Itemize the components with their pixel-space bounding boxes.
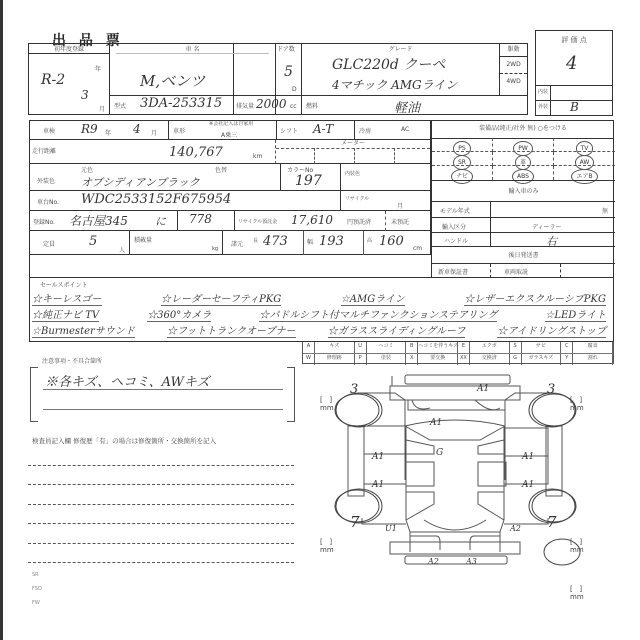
original-color-label: 元色 [81,165,93,174]
legend-code: E [458,342,470,353]
ac-value: AC [401,126,409,133]
color-box: 外装色 元色 色替 オブシディアンブラック [29,164,281,191]
equipment-item: 革 [493,152,554,166]
equipment-grid: PSPWTVSR革AWナビABSエアB [432,138,615,180]
width-value: 193 [319,234,344,249]
damage-legend: AキズUヘコミBヘコミを伴うキズEエクボSサビC腐食W修理跡P塗装X要交換XX交… [302,342,614,364]
bracket [287,421,295,422]
handle-label: ハンドル [444,236,468,245]
damage-left-rear-fender: U1 [385,524,397,533]
mileage-label: 走行距離 [32,146,56,155]
first-registration-value: R-2 [41,72,65,88]
inspector-line [28,504,294,505]
tire-rear-left: 7 [350,513,360,531]
row-divider [490,264,491,278]
legend-meaning: サビ [522,342,562,353]
tire-front-left: 3 [350,382,358,397]
dimensions-box: 諸元 長 473 幅 193 高 160 cm [223,231,431,255]
mileage-box: 走行距離 140,767 km [29,140,276,164]
registration-kana: に [155,213,166,229]
equipment-item: ナビ [432,166,493,180]
equipment-item: ABS [493,166,554,180]
damage-left-front-door: A1 [372,452,384,462]
height-value: 160 [379,234,404,249]
notes-value: ※各キズ、ヘコミ、AWキズ [45,371,210,390]
inspection-month-label: 月 [151,128,157,137]
meter-box: メーター [276,140,431,164]
inspector-line [28,543,294,544]
exterior-score-row: 外装 B [536,101,612,115]
interior-color-box: 内装色 [341,164,431,191]
note-line [43,389,283,390]
dimensions-label: 諸元 [231,239,243,248]
sales-point: ☆レザーエクスクルーシブPKG [464,290,606,306]
shift-label: シフト [280,126,298,135]
length-value: 473 [263,234,288,249]
body-type-note: ※会社記入は自家用 [209,120,253,127]
legend-code: P [355,354,367,365]
legend-code: S [510,342,522,353]
chassis-value: WDC2533152F675954 [81,192,231,207]
inspector-label: 検査員記入欄 修復歴「有」の場合は修復箇所・交換箇所を記入 [32,436,216,445]
footer-fw: FW [32,600,40,606]
grade-line2: 4マチック AMGライン [332,76,457,93]
drive-4wd: 4WD [500,74,527,90]
capacity-unit: 人 [119,245,125,254]
damage-rear-bumper-left: A2 [428,557,439,566]
legend-row: AキズUヘコミBヘコミを伴うキズEエクボSサビC腐食 [303,342,613,354]
sales-point: ☆レーダーセーフティPKG [161,290,281,306]
equipment-item: PS [432,138,493,152]
legend-meaning: 要交換 [418,354,458,365]
load-box: 積載量 kg [130,231,223,255]
bracket [30,421,38,422]
equipment-item: SR [432,152,493,166]
color-no-box: カラーNo 197 [281,164,341,191]
mileage-unit: km [253,153,262,160]
manual-label: 車両取説 [504,267,528,276]
footer-sr: SR [32,572,39,578]
grade-box: グレード GLC220d クーペ 4マチック AMGライン [302,43,500,96]
documents-row: 新車保証書 車両取説 [432,264,615,278]
exterior-score-value: B [570,100,579,114]
meter-divider [314,148,315,164]
car-body-diagram [300,370,600,610]
after-ship-label: 後日発送書 [432,247,615,264]
sales-points-label: セールスポイント [40,280,87,289]
mm-label: mm [570,404,584,412]
color-no-value: 197 [295,173,322,189]
legend-meaning: ヘコミ [367,342,407,353]
inspection-month: 4 [133,122,141,136]
car-name-label: 車 名 [116,44,269,54]
recycle-month-label: 月 [397,201,403,210]
legend-meaning: ガラスキズ [522,354,562,365]
doors-label: ドア数 [276,44,301,53]
doors-suffix: D [292,86,297,93]
interior-score-label: 内装 [538,88,548,95]
displacement-value: 2000 [256,97,287,111]
sales-point: ☆ガラススライディングルーフ [328,322,466,338]
displacement-box: 排気量 2000 cc [234,96,302,115]
recycle-fee-box: リサイクル預託金 17,610 円預託済 未預託 [235,211,431,231]
legend-code: G [510,354,522,365]
meter-label: メーター [276,140,430,149]
chassis-label: 車台No. [37,197,59,206]
tread-depth-front-left: [ ]mm [320,396,334,412]
drive-label: 駆動 [500,44,527,57]
width-label: 幅 [307,237,313,246]
chassis-box: 車台No. WDC2533152F675954 [29,191,341,211]
inspection-box: 車検 R9 年 4 月 [29,120,169,140]
damage-front-bumper: A1 [477,384,489,394]
recycle-status: 未預託 [391,217,409,226]
equipment-item: TV [554,138,615,152]
shift-box: シフト A-T [277,120,355,140]
shift-value: A-T [313,122,333,136]
legend-code: Y [561,354,573,365]
height-label: 高 [367,237,372,244]
ac-label: 冷房 [359,126,371,135]
bracket [30,367,38,368]
legend-meaning: 割れ [573,354,613,365]
first-registration-box: 初年度登録 年 R-2 3 月 [28,43,110,115]
footer-fsd: FSD [32,586,42,592]
tread-depth-spare: [ ]mm [570,585,584,601]
tire-rear-right: 7 [547,513,557,531]
bracket [287,367,295,368]
sales-points-line: ☆キーレスゴー☆レーダーセーフティPKG☆AMGライン☆レザーエクスクルーシブP… [32,290,612,306]
mm-label: mm [320,404,334,412]
sales-points-line: ☆Burmesterサウンド☆フットトランクオープナー☆ガラススライディングルー… [32,322,612,338]
recycle-label: リサイクル [345,195,369,202]
recycle-date-box: リサイクル 月 [341,191,431,211]
ac-box: 冷房 AC [355,120,431,140]
legend-meaning: エクボ [470,342,510,353]
legend-meaning: 交換済 [470,354,510,365]
equipment-item: エアB [554,166,615,180]
recycle-fee-unit: 円預託済 [347,217,371,226]
row-divider [490,218,491,233]
legend-code: W [303,354,315,365]
recycle-fee-value: 17,610 [291,213,333,227]
sales-point: ☆AMGライン [341,290,405,306]
model-type-label: 型式 [114,101,126,110]
sales-point: ☆純正ナビ TV [32,306,99,322]
model-year-label: モデル年式 [440,206,470,215]
legend-meaning: ヘコミを伴うキズ [418,342,458,353]
sales-point: ☆フットトランクオープナー [167,322,296,338]
score-value: 4 [566,53,577,74]
damage-hood: A1 [430,418,442,428]
row-divider [560,264,561,278]
legend-meaning: キズ [315,342,355,353]
legend-row: W修理跡P塗装X要交換XX交換済GガラスキズY割れ [303,354,613,365]
sales-point: ☆Burmesterサウンド [32,322,135,338]
inspector-line [28,523,294,524]
sales-point: ☆アイドリングストップ [497,322,606,338]
equipment-item: AW [554,152,615,166]
sales-point: ☆パドルシフト付マルチファンクションステアリング [259,306,497,322]
dim-divider [303,231,304,255]
legend-code: U [355,342,367,353]
exterior-score-label: 外装 [538,103,548,110]
damage-right-rear-fender: A2 [510,524,521,533]
car-name-box: 車 名 M,ベンツ [110,43,276,96]
color-value: オブシディアンブラック [81,174,200,190]
body-type-value: A乗三 [221,130,237,139]
mm-label: mm [320,546,334,554]
sales-point: ☆キーレスゴー [32,290,102,306]
doors-box: ドア数 5 D [276,43,302,96]
notes-box: ※各キズ、ヘコミ、AWキズ [30,367,295,422]
color-change-label: 色替 [215,165,227,174]
grade-label: グレード [302,44,499,53]
damage-right-rear-door: A1 [522,480,534,490]
score-divider [550,85,551,115]
sales-point: ☆LEDライト [545,306,606,322]
registration-box: 登録No. 名古屋345 に 778 [29,211,235,231]
dim-divider [363,231,364,255]
capacity-label: 定員 [43,239,55,248]
tread-depth-front-right: [ ]mm [570,396,584,412]
import-type-row: 輸入区分 ディーラー [432,218,615,233]
interior-score-row: 内装 [536,85,612,101]
recycle-fee-label: リサイクル預託金 [238,218,277,225]
import-type-label: 輸入区分 [442,222,466,231]
meter-divider [394,148,395,164]
sales-points-line: ☆純正ナビ TV☆360°カメラ☆パドルシフト付マルチファンクションステアリング… [32,306,612,322]
inspector-line [28,562,294,563]
mileage-value: 140,767 [169,145,223,160]
row-divider [490,233,491,247]
tread-depth-rear-left: [ ]mm [320,538,334,554]
mm-label: mm [570,593,584,601]
body-type-label: 車形 [173,126,185,135]
year-label: 年 [95,64,101,73]
car-name-value: M,ベンツ [140,70,205,91]
drive-2wd: 2WD [500,57,527,74]
month-label: 月 [99,104,105,113]
legend-meaning: 修理跡 [315,354,355,365]
score-label: 評 価 点 [536,35,612,45]
score-box: 評 価 点 4 内装 外装 B [535,30,613,116]
load-unit: kg [212,246,218,252]
legend-code: B [406,342,418,353]
registration-divider [177,211,178,231]
import-only-label: 輸入車のみ [432,180,615,202]
legend-code: XX [458,354,470,365]
drive-box: 駆動 2WD 4WD [500,43,528,96]
displacement-label: 排気量 [236,101,254,110]
equipment-label: 装備品(純正/社外 無) ○をつける [432,120,614,139]
damage-rear-bumper-right: A3 [466,557,477,566]
row-divider [490,202,491,218]
notes-label: 注意事項・不具合箇所 [42,356,102,365]
load-label: 積載量 [134,235,152,244]
registration-number: 778 [189,212,212,226]
sales-points-lines: ☆キーレスゴー☆レーダーセーフティPKG☆AMGライン☆レザーエクスクルーシブP… [32,290,612,338]
legend-meaning: 塗装 [367,354,407,365]
recycle-divider [385,211,386,231]
import-type-value: ディーラー [532,222,562,231]
damage-right-front-door: A1 [522,452,534,462]
registration-label: 登録No. [33,217,55,226]
model-year-value: 無 [602,206,608,215]
tread-depth-rear-right: [ ]mm [570,538,584,554]
interior-color-label: 内装色 [345,170,360,177]
mm-label: mm [570,546,584,554]
legend-meaning: 腐食 [573,342,613,353]
sales-points-box: セールスポイント ☆キーレスゴー☆レーダーセーフティPKG☆AMGライン☆レザー… [29,278,614,342]
inspection-year-label: 年 [105,128,111,137]
damage-left-rear-door: A1 [372,480,384,490]
body-type-box: 車形 ※会社記入は自家用 A乗三 [169,120,277,140]
damage-windshield: G [436,448,443,458]
inspection-value: R9 [81,122,98,136]
registration-value: 名古屋345 [69,212,128,229]
tire-front-right: 3 [547,382,555,397]
legend-code: A [303,342,315,353]
displacement-unit: cc [290,103,297,110]
doors-value: 5 [284,64,293,80]
model-year-row: モデル年式 無 [432,202,615,218]
fuel-box: 燃料 軽油 [302,96,528,115]
fuel-value: 軽油 [394,97,420,116]
capacity-value: 5 [89,234,97,249]
capacity-box: 定員 5 人 [29,231,130,255]
inspector-line [28,465,294,466]
handle-row: ハンドル 右 [432,233,615,247]
equipment-item: PW [493,138,554,152]
first-registration-month: 3 [81,88,89,102]
equipment-panel: 装備品(純正/社外 無) ○をつける PSPWTVSR革AWナビABSエアB 輸… [431,120,614,278]
color-label: 外装色 [37,176,55,185]
first-registration-label: 初年度登録 [29,44,109,54]
note-line [43,409,283,410]
meter-divider [354,148,355,164]
inspection-label: 車検 [43,126,55,135]
scan-edge [0,0,3,640]
inspector-line [28,484,294,485]
model-type-value: 3DA-253315 [140,96,222,111]
length-label: 長 [253,237,258,244]
legend-code: X [406,354,418,365]
warranty-label: 新車保証書 [438,267,468,276]
fuel-label: 燃料 [306,101,318,110]
dimensions-unit: cm [413,245,422,252]
legend-code: C [561,342,573,353]
grade-line1: GLC220d クーペ [332,54,445,74]
sales-point: ☆360°カメラ [147,306,211,322]
